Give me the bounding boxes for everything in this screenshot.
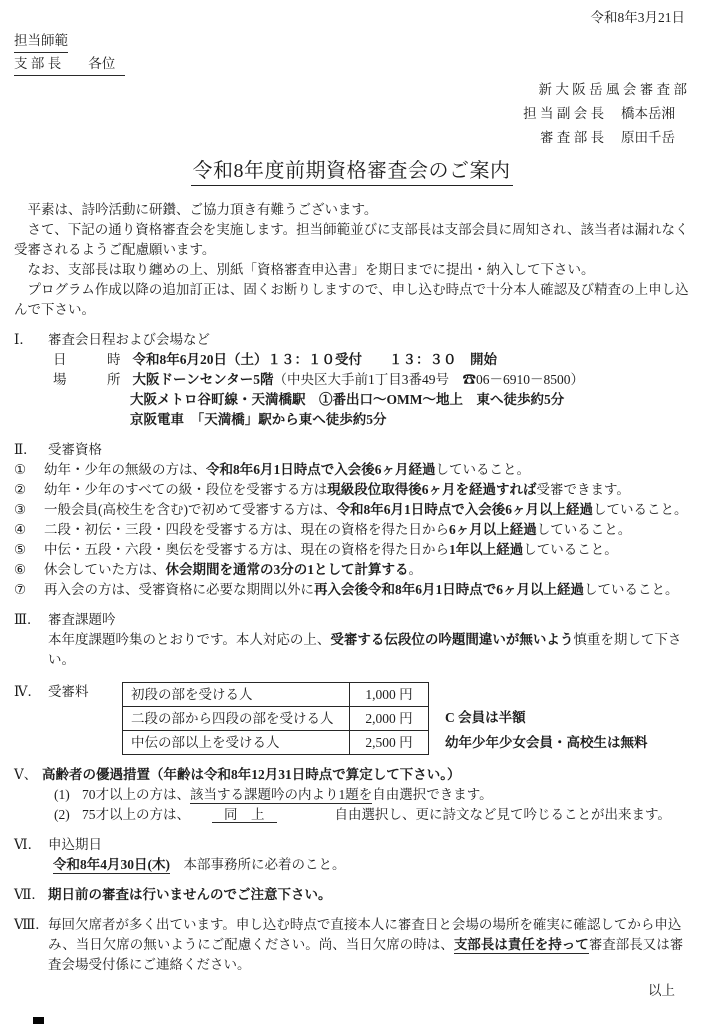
- eligibility-item: ⑥ 休会していた方は、休会期間を通常の3分の1として計算する。: [14, 560, 689, 580]
- section-number: Ⅶ．: [14, 885, 48, 905]
- section-number: Ⅵ．: [14, 835, 48, 855]
- item-text: していること。: [537, 522, 632, 537]
- item-text: 幼年・少年のすべての級・段位を受審する方は: [44, 482, 327, 497]
- intro-paragraph: プログラム作成以降の追加訂正は、固くお断りしますので、申し込む時点で十分本人確認…: [14, 280, 689, 320]
- eligibility-item: ② 幼年・少年のすべての級・段位を受審する方は現級段位取得後6ヶ月を経過すれば受…: [14, 480, 689, 500]
- fee-note-free: 幼年少年少女会員・高校生は無料: [445, 730, 648, 755]
- section-exam-subjects: Ⅲ． 審査課題吟 本年度課題吟集のとおりです。本人対応の上、受審する伝段位の吟題…: [14, 610, 689, 670]
- fee-table-row: 中伝の部以上を受ける人 2,500 円: [123, 731, 429, 755]
- item-text-underline: 該当する課題吟の内より1題を: [190, 787, 372, 804]
- eligibility-item: ④ 二段・初伝・三段・四段を受審する方は、現在の資格を得た日から6ヶ月以上経過し…: [14, 520, 689, 540]
- section-absence-notice: Ⅷ． 毎回欠席者が多く出ています。申し込む時点で直接本人に審査日と会場の場所を確…: [14, 915, 689, 975]
- section-number: Ⅱ．: [14, 440, 48, 460]
- deadline-date: 令和8年4月30日(木): [53, 857, 170, 874]
- fee-table-row: 二段の部から四段の部を受ける人 2,000 円: [123, 707, 429, 731]
- section-number: Ⅲ．: [14, 610, 48, 630]
- senior-item-70: (1) 70才以上の方は、該当する課題吟の内より1題を自由選択できます。: [54, 785, 689, 805]
- item-marker: ⑥: [14, 560, 44, 580]
- item-marker: ①: [14, 460, 44, 480]
- intro-paragraph: さて、下記の通り資格審査会を実施します。担当師範並びに支部長は支部会員に周知され…: [14, 220, 689, 260]
- eligibility-item: ⑦ 再入会の方は、受審資格に必要な期間以外に再入会後令和8年6月1日時点で6ヶ月…: [14, 580, 689, 600]
- fee-amount: 2,000 円: [350, 707, 429, 731]
- section-heading: 審査会日程および会場など: [48, 330, 210, 350]
- fee-table: 初段の部を受ける人 1,000 円 二段の部から四段の部を受ける人 2,000 …: [122, 682, 429, 755]
- sender-exam-chief: 審 査 部 長 原田千岳: [14, 126, 687, 150]
- section-senior-preferences: Ⅴ、 高齢者の優遇措置（年齢は令和8年12月31日時点で算定して下さい。） (1…: [14, 765, 689, 825]
- deadline-line: 令和8年4月30日(木) 本部事務所に必着のこと。: [53, 855, 689, 875]
- intro-paragraph: なお、支部長は取り纏めの上、別紙「資格審査申込書」を期日までに提出・納入して下さ…: [14, 260, 689, 280]
- fee-category: 中伝の部以上を受ける人: [123, 731, 350, 755]
- eligibility-item: ① 幼年・少年の無級の方は、令和8年6月1日時点で入会後6ヶ月経過していること。: [14, 460, 689, 480]
- item-text-bold: 令和8年6月1日時点で入会後6ヶ月経過: [206, 462, 436, 477]
- item-text: 自由選択できます。: [372, 787, 492, 802]
- recipient-block: 担当師範 支 部 長 各位: [14, 30, 689, 76]
- scan-artifact: [33, 1017, 44, 1024]
- section-eligibility: Ⅱ． 受審資格 ① 幼年・少年の無級の方は、令和8年6月1日時点で入会後6ヶ月経…: [14, 440, 689, 600]
- item-text: 本年度課題吟集のとおりです。本人対応の上、: [48, 632, 330, 647]
- eligibility-item: ③ 一般会員(高校生を含む)で初めて受審する方は、令和8年6月1日時点で入会後6…: [14, 500, 689, 520]
- fee-amount: 1,000 円: [350, 683, 429, 707]
- section-heading: 高齢者の優遇措置: [42, 767, 150, 782]
- item-text: していること。: [584, 582, 679, 597]
- item-text-bold: 現級段位取得後6ヶ月を経過すれば: [327, 482, 536, 497]
- section-heading: 申込期日: [48, 835, 102, 855]
- item-text: 一般会員(高校生を含む)で初めて受審する方は、: [44, 502, 337, 517]
- item-text: していること。: [593, 502, 688, 517]
- item-marker: ③: [14, 500, 44, 520]
- section-number: Ⅰ．: [14, 330, 48, 350]
- fee-category: 二段の部から四段の部を受ける人: [123, 707, 350, 731]
- recipient-shibucho: 支 部 長 各位: [14, 53, 125, 76]
- no-early-exam-text: 期日前の審査は行いませんのでご注意下さい。: [48, 885, 332, 905]
- item-text-underline: 支部長は責任を持って: [454, 937, 589, 954]
- datetime-value: 令和8年6月20日（土）１３：１０受付 １３：３０ 開始: [133, 350, 498, 370]
- item-text-bold: 1年以上経過: [449, 542, 523, 557]
- section-number: Ⅷ．: [14, 915, 48, 975]
- schedule-venue-row: 場 所 大阪ドーンセンター5階（中央区大手前1丁目3番49号 ☎06－6910－…: [53, 370, 689, 390]
- item-text: 75才以上の方は、: [82, 807, 190, 822]
- deadline-note: 本部事務所に必着のこと。: [170, 857, 346, 872]
- document-date: 令和8年3月21日: [14, 8, 689, 28]
- venue-value: 大阪ドーンセンター5階（中央区大手前1丁目3番49号 ☎06－6910－8500…: [133, 370, 584, 390]
- item-marker: ②: [14, 480, 44, 500]
- section-heading: 受審料: [48, 682, 108, 702]
- item-text: していること。: [523, 542, 618, 557]
- recipient-shihan: 担当師範: [14, 30, 68, 53]
- venue-name: 大阪ドーンセンター5階: [133, 372, 274, 387]
- item-text-bold: 受審する伝段位の吟題間違いが無いよう: [330, 632, 573, 647]
- section-heading-note: （年齢は令和8年12月31日時点で算定して下さい。）: [150, 767, 461, 782]
- item-text-underline: 同 上: [212, 807, 277, 823]
- section-no-early-exam: Ⅶ． 期日前の審査は行いませんのでご注意下さい。: [14, 885, 689, 905]
- fee-amount: 2,500 円: [350, 731, 429, 755]
- page-title: 令和8年度前期資格審査会のご案内: [191, 160, 513, 186]
- item-marker: (1): [54, 785, 82, 805]
- item-text: 休会していた方は、: [44, 562, 166, 577]
- item-text: 。: [409, 562, 423, 577]
- title-row: 令和8年度前期資格審査会のご案内: [14, 156, 689, 188]
- item-marker: ⑦: [14, 580, 44, 600]
- item-text-bold: 再入会後令和8年6月1日時点で6ヶ月以上経過: [314, 582, 584, 597]
- senior-item-75: (2) 75才以上の方は、同 上自由選択し、更に詩文など見て吟じることが出来ます…: [54, 805, 689, 825]
- sender-organization: 新 大 阪 岳 風 会 審 査 部: [14, 78, 687, 102]
- intro-paragraphs: 平素は、詩吟活動に研鑽、ご協力頂き有難うございます。 さて、下記の通り資格審査会…: [14, 200, 689, 320]
- item-marker: (2): [54, 805, 82, 825]
- sender-vice-chair: 担 当 副 会 長 橋本岳湘: [14, 102, 687, 126]
- section-heading: 受審資格: [48, 440, 102, 460]
- item-marker: ⑤: [14, 540, 44, 560]
- datetime-label: 日 時: [53, 350, 121, 370]
- exam-subjects-text: 本年度課題吟集のとおりです。本人対応の上、受審する伝段位の吟題間違いが無いよう慎…: [48, 630, 689, 670]
- item-text-bold: 6ヶ月以上経過: [449, 522, 537, 537]
- item-text: 受審できます。: [536, 482, 629, 497]
- item-marker: ④: [14, 520, 44, 540]
- venue-label: 場 所: [53, 370, 121, 390]
- item-text: 再入会の方は、受審資格に必要な期間以外に: [44, 582, 314, 597]
- schedule-datetime-row: 日 時 令和8年6月20日（土）１３：１０受付 １３：３０ 開始: [53, 350, 689, 370]
- item-text: 二段・初伝・三段・四段を受審する方は、現在の資格を得た日から: [44, 522, 449, 537]
- section-number: Ⅴ、: [14, 765, 42, 785]
- section-application-deadline: Ⅵ． 申込期日 令和8年4月30日(木) 本部事務所に必着のこと。: [14, 835, 689, 875]
- section-fees: Ⅳ． 受審料 初段の部を受ける人 1,000 円 二段の部から四段の部を受ける人…: [14, 682, 689, 755]
- venue-address: （中央区大手前1丁目3番49号 ☎06－6910－8500）: [273, 372, 584, 387]
- document-page: 令和8年3月21日 担当師範 支 部 長 各位 新 大 阪 岳 風 会 審 査 …: [0, 0, 703, 1024]
- section-heading: 審査課題吟: [48, 610, 116, 630]
- section-number: Ⅳ．: [14, 682, 48, 702]
- intro-paragraph: 平素は、詩吟活動に研鑽、ご協力頂き有難うございます。: [14, 200, 689, 220]
- access-metro: 大阪メトロ谷町線・天満橋駅 ①番出口～OMM～地上 東へ徒歩約5分: [130, 390, 689, 410]
- access-keihan: 京阪電車 「天満橋」駅から東へ徒歩約5分: [130, 410, 689, 430]
- fee-note-c-member: C 会員は半額: [445, 705, 648, 730]
- closing-word: 以上: [14, 981, 689, 1001]
- fee-category: 初段の部を受ける人: [123, 683, 350, 707]
- item-text: 自由選択し、更に詩文など見て吟じることが出来ます。: [335, 807, 671, 822]
- item-text: 70才以上の方は、: [82, 787, 190, 802]
- sender-block: 新 大 阪 岳 風 会 審 査 部 担 当 副 会 長 橋本岳湘 審 査 部 長…: [14, 78, 689, 150]
- item-text: していること。: [436, 462, 531, 477]
- fee-notes: C 会員は半額 幼年少年少女会員・高校生は無料: [445, 705, 648, 755]
- item-text: 中伝・五段・六段・奥伝を受審する方は、現在の資格を得た日から: [44, 542, 449, 557]
- item-text-bold: 休会期間を通常の3分の1として計算する: [166, 562, 409, 577]
- eligibility-item: ⑤ 中伝・五段・六段・奥伝を受審する方は、現在の資格を得た日から1年以上経過して…: [14, 540, 689, 560]
- fee-table-row: 初段の部を受ける人 1,000 円: [123, 683, 429, 707]
- item-text: 幼年・少年の無級の方は、: [44, 462, 206, 477]
- section-schedule-venue: Ⅰ． 審査会日程および会場など 日 時 令和8年6月20日（土）１３：１０受付 …: [14, 330, 689, 430]
- item-text-bold: 令和8年6月1日時点で入会後6ヶ月以上経過: [337, 502, 594, 517]
